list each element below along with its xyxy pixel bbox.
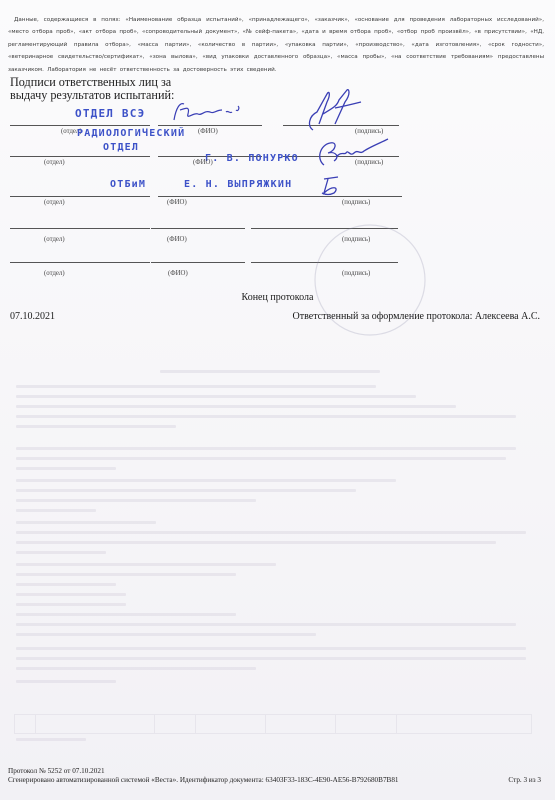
signature-scribble-icon <box>318 175 348 197</box>
dept-line <box>10 125 150 126</box>
signatures-heading-line2: выдачу результатов испытаний: <box>10 89 174 102</box>
name-caption: (ФИО) <box>198 128 218 135</box>
disclaimer-paragraph: Данные, содержащиеся в полях: «Наименова… <box>8 14 544 76</box>
footer-protocol-number: Протокол № 5252 от 07.10.2021 <box>8 767 399 776</box>
protocol-date: 07.10.2021 <box>10 311 55 322</box>
name-line <box>158 196 262 197</box>
signatures-heading: Подписи ответственных лиц за выдачу резу… <box>10 76 174 102</box>
faint-round-seal-icon <box>300 215 450 345</box>
dept-caption: (отдел) <box>44 199 65 206</box>
dept-caption: (отдел) <box>44 270 65 277</box>
signature-scribble-icon <box>310 135 390 169</box>
signature-scribble-icon <box>305 88 365 134</box>
dept-stamp-line1: РАДИОЛОГИЧЕСКИЙ <box>77 128 185 139</box>
dept-stamp: ОТБиМ <box>110 179 146 190</box>
name-caption: (ФИО) <box>168 270 188 277</box>
disclaimer-text: Данные, содержащиеся в полях: «Наименова… <box>8 17 544 73</box>
name-caption: (ФИО) <box>193 159 213 166</box>
dept-stamp: ОТДЕЛ ВСЭ <box>75 107 145 120</box>
footer-generated-by: Сгенерировано автоматизированной системо… <box>8 776 399 785</box>
dept-caption: (отдел) <box>44 159 65 166</box>
dept-stamp-line2: ОТДЕЛ <box>103 142 139 153</box>
dept-line <box>10 262 150 263</box>
name-line <box>151 228 245 229</box>
faint-table <box>14 714 532 734</box>
dept-caption: (отдел) <box>44 236 65 243</box>
name-stamp: Г. В. ПОНУРКО <box>205 153 299 164</box>
name-caption: (ФИО) <box>167 236 187 243</box>
end-of-protocol: Конец протокола <box>0 292 555 303</box>
dept-line <box>10 228 150 229</box>
dept-line <box>10 156 150 157</box>
signature-caption: (подпись) <box>342 199 370 206</box>
name-stamp: Е. Н. ВЫПРЯЖКИН <box>184 179 292 190</box>
name-caption: (ФИО) <box>167 199 187 206</box>
page-footer: Протокол № 5252 от 07.10.2021 Сгенериров… <box>8 767 399 785</box>
scanned-page: Данные, содержащиеся в полях: «Наименова… <box>0 0 555 800</box>
name-line <box>151 262 245 263</box>
handwritten-name-icon <box>168 98 248 126</box>
page-number: Стр. 3 из 3 <box>508 776 541 784</box>
dept-line <box>10 196 150 197</box>
